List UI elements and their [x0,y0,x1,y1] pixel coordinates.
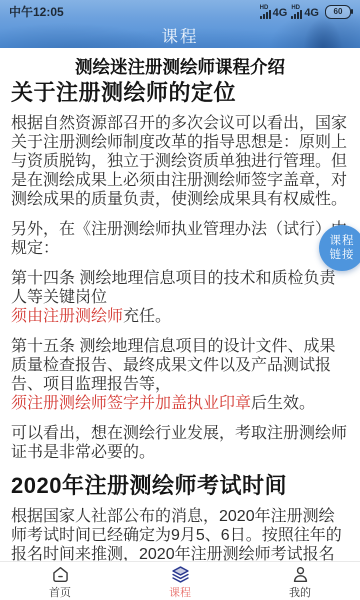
status-time: 中午12:05 [9,3,64,20]
signal-bars-icon [260,10,271,19]
bottom-tab-bar: 首页 课程 我的 [0,561,360,600]
article-title: 测绘迷注册测绘师课程介绍 [11,56,349,78]
page-title: 课程 [0,23,360,47]
course-link-label-line1: 课程 [330,234,355,248]
text-run: 另外，在《注册测绘师执业管理办法（试行）中规定： [11,221,347,257]
text-run: 关于注册测绘师的定位 [11,80,236,105]
battery-icon: 60 [325,5,351,19]
article: 关于注册测绘师的定位根据自然资源部召开的多次会议可以看出，国家关于注册测绘师制度… [11,80,349,564]
paragraph: 另外，在《注册测绘师执业管理办法（试行）中规定： [11,220,349,258]
text-run: 后生效。 [251,395,315,412]
status-icons: HD 4G HD 4G 60 [260,4,351,19]
paragraph: 第十四条 测绘地理信息项目的技术和质检负责人等关键岗位须由注册测绘师充任。 [11,269,349,326]
text-run: 根据国家人社部公布的消息，2020年注册测绘师考试时间已经确定为9月5、6日。按… [11,508,342,563]
tab-home-label: 首页 [49,584,71,600]
status-bar: 中午12:05 HD 4G HD 4G 60 [0,0,360,20]
sim1-signal: HD 4G [260,4,288,19]
text-run: 可以看出，想在测绘行业发展，考取注册测绘师证书是非常必要的。 [11,425,347,461]
home-icon [50,564,71,585]
hd-icon: HD [260,5,269,11]
text-run: 第十四条 测绘地理信息项目的技术和质检负责人等关键岗位 [11,270,335,306]
app-screen: 中午12:05 HD 4G HD 4G 60 [0,0,360,600]
hd-icon: HD [291,5,300,11]
text-run: 2020年注册测绘师考试时间 [11,473,287,498]
tab-home[interactable]: 首页 [0,562,120,600]
paragraph: 根据国家人社部公布的消息，2020年注册测绘师考试时间已经确定为9月5、6日。按… [11,507,349,564]
tab-profile[interactable]: 我的 [240,562,360,600]
section-heading: 关于注册测绘师的定位 [11,80,349,106]
app-header: 中午12:05 HD 4G HD 4G 60 [0,0,360,48]
sim2-signal: HD 4G [291,4,319,19]
text-run: 根据自然资源部召开的多次会议可以看出，国家关于注册测绘师制度改革的指导思想是：原… [11,115,347,208]
signal-bars-icon [291,10,302,19]
tab-profile-label: 我的 [289,584,311,600]
course-intro-content[interactable]: 测绘迷注册测绘师课程介绍 关于注册测绘师的定位根据自然资源部召开的多次会议可以看… [0,48,360,600]
section-heading: 2020年注册测绘师考试时间 [11,473,349,499]
user-icon [290,564,311,585]
course-link-floating-button[interactable]: 课程 链接 [319,225,360,271]
paragraph: 可以看出，想在测绘行业发展，考取注册测绘师证书是非常必要的。 [11,424,349,462]
tab-courses[interactable]: 课程 [120,562,240,600]
tab-courses-label: 课程 [169,584,191,600]
text-run: 第十五条 测绘地理信息项目的设计文件、成果质量检查报告、最终成果文件以及产品测试… [11,338,335,393]
course-link-label-line2: 链接 [330,248,355,262]
paragraph: 第十五条 测绘地理信息项目的设计文件、成果质量检查报告、最终成果文件以及产品测试… [11,337,349,413]
emphasis-red-text: 须由注册测绘师 [11,308,123,325]
network-type-label: 4G [304,7,319,19]
paragraph: 根据自然资源部召开的多次会议可以看出，国家关于注册测绘师制度改革的指导思想是：原… [11,114,349,209]
network-type-label: 4G [273,7,288,19]
layers-icon [170,564,191,585]
emphasis-red-text: 须注册测绘师签字并加盖执业印章 [11,395,251,412]
text-run: 充任。 [123,308,171,325]
